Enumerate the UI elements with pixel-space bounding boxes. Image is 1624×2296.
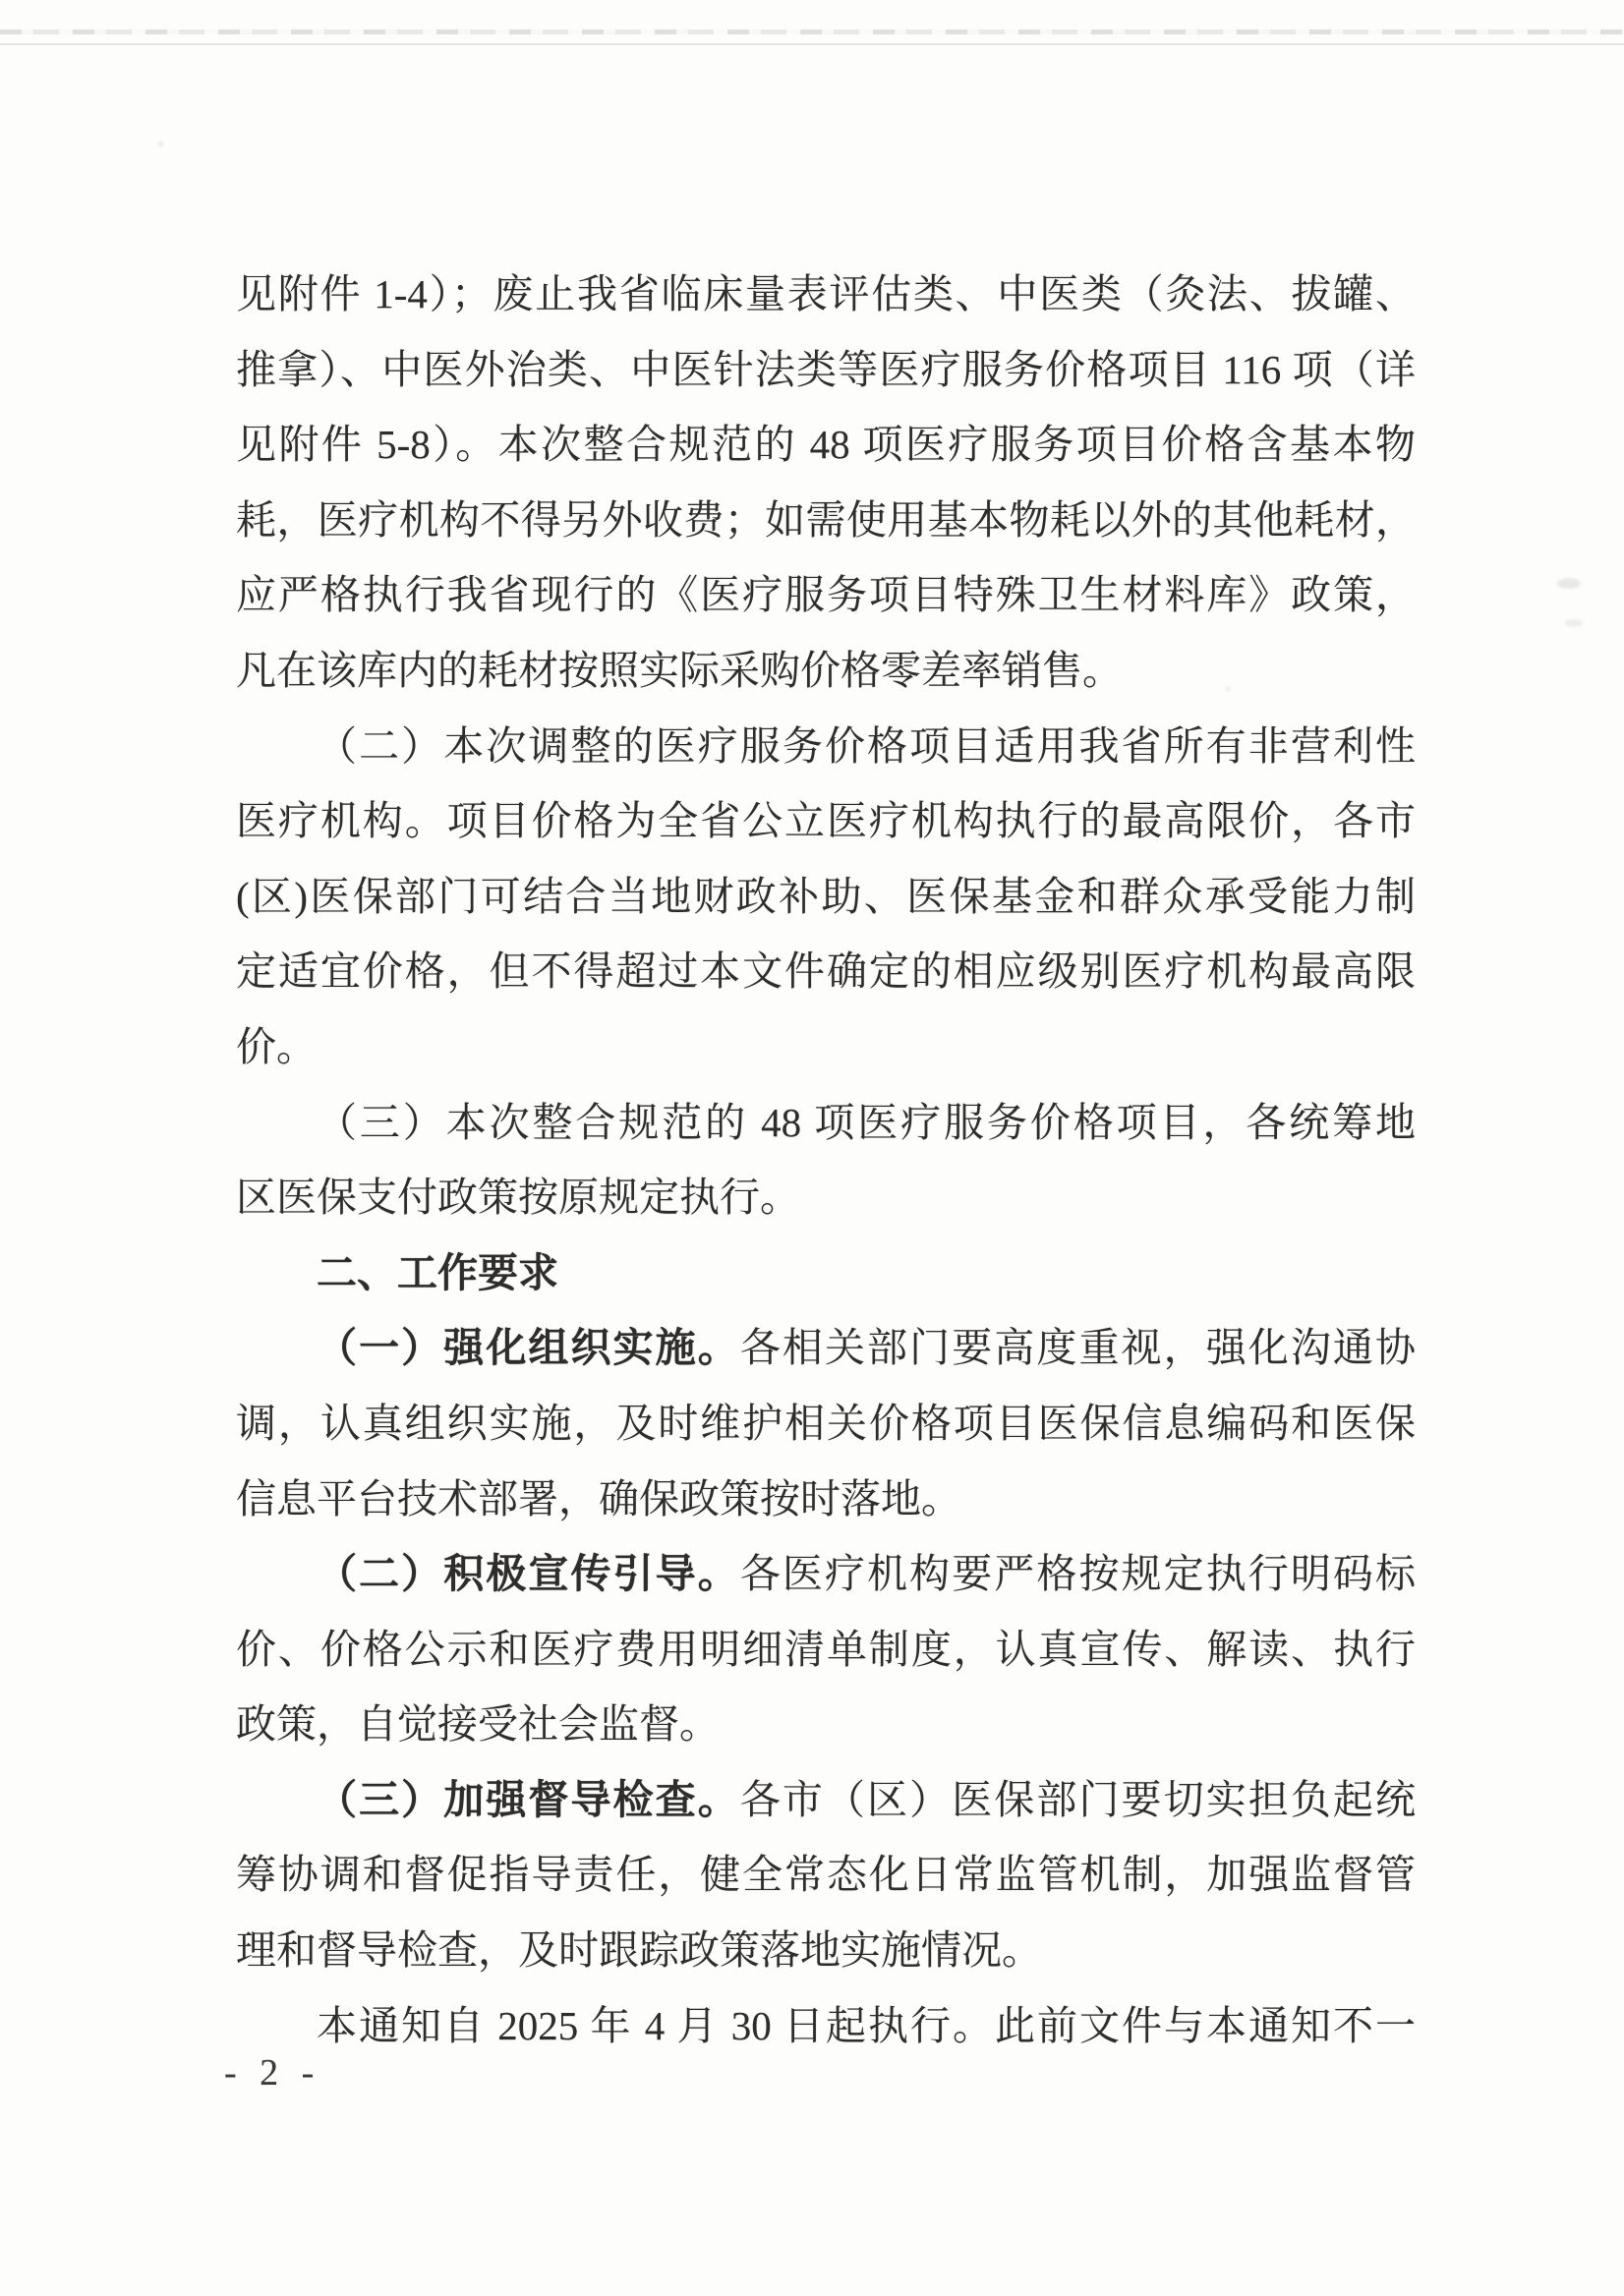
text-line: 理和督导检查，及时跟踪政策落地实施情况。 bbox=[236, 1913, 1416, 1988]
text-line: （三）本次整合规范的 48 项医疗服务价格项目，各统筹地 bbox=[236, 1085, 1416, 1161]
text-line: 政策，自觉接受社会监督。 bbox=[236, 1687, 1416, 1762]
scan-artifact-top-line bbox=[0, 43, 1624, 45]
scan-artifact-top-dashes bbox=[0, 29, 1624, 34]
text-line: 见附件 1-4）；废止我省临床量表评估类、中医类（灸法、拔罐、 bbox=[236, 257, 1416, 332]
bold-heading: （一）强化组织实施。 bbox=[317, 1325, 740, 1370]
text-line: 凡在该库内的耗材按照实际采购价格零差率销售。 bbox=[236, 633, 1416, 709]
scan-speck bbox=[157, 141, 164, 147]
bold-heading: （二）积极宣传引导。 bbox=[317, 1551, 740, 1596]
text-line: 耗，医疗机构不得另外收费；如需使用基本物耗以外的其他耗材， bbox=[236, 483, 1416, 558]
text-line: 二、工作要求 bbox=[236, 1235, 1416, 1311]
text-line: 筹协调和督促指导责任，健全常态化日常监管机制，加强监督管 bbox=[236, 1837, 1416, 1913]
text-line: 价。 bbox=[236, 1009, 1416, 1085]
text-line: 区医保支付政策按原规定执行。 bbox=[236, 1160, 1416, 1235]
bold-heading: （三）加强督导检查。 bbox=[317, 1777, 740, 1822]
text-line: (区)医保部门可结合当地财政补助、医保基金和群众承受能力制 bbox=[236, 859, 1416, 935]
page-number: - 2 - bbox=[224, 2051, 314, 2095]
text-line: （三）加强督导检查。各市（区）医保部门要切实担负起统 bbox=[236, 1762, 1416, 1838]
text-line: 定适宜价格，但不得超过本文件确定的相应级别医疗机构最高限 bbox=[236, 934, 1416, 1009]
text-line: 本通知自 2025 年 4 月 30 日起执行。此前文件与本通知不一 bbox=[236, 1988, 1416, 2064]
text-line: 医疗机构。项目价格为全省公立医疗机构执行的最高限价，各市 bbox=[236, 783, 1416, 859]
bold-heading: 二、工作要求 bbox=[317, 1250, 558, 1295]
scan-speck bbox=[1565, 619, 1583, 627]
text-line: （二）本次调整的医疗服务价格项目适用我省所有非营利性 bbox=[236, 709, 1416, 784]
text-line: 价、价格公示和医疗费用明细清单制度，认真宣传、解读、执行 bbox=[236, 1612, 1416, 1688]
text-line: 推拿）、中医外治类、中医针法类等医疗服务价格项目 116 项（详 bbox=[236, 332, 1416, 408]
text-line: 见附件 5-8）。本次整合规范的 48 项医疗服务项目价格含基本物 bbox=[236, 407, 1416, 483]
text-line: 调，认真组织实施，及时维护相关价格项目医保信息编码和医保 bbox=[236, 1386, 1416, 1462]
text-line: （一）强化组织实施。各相关部门要高度重视，强化沟通协 bbox=[236, 1310, 1416, 1386]
scan-speck bbox=[1557, 578, 1581, 589]
text-line: （二）积极宣传引导。各医疗机构要严格按规定执行明码标 bbox=[236, 1536, 1416, 1612]
text-line: 应严格执行我省现行的《医疗服务项目特殊卫生材料库》政策， bbox=[236, 557, 1416, 633]
document-body: 见附件 1-4）；废止我省临床量表评估类、中医类（灸法、拔罐、推拿）、中医外治类… bbox=[236, 257, 1416, 2063]
document-page: 见附件 1-4）；废止我省临床量表评估类、中医类（灸法、拔罐、推拿）、中医外治类… bbox=[0, 0, 1624, 2296]
text-line: 信息平台技术部署，确保政策按时落地。 bbox=[236, 1462, 1416, 1537]
